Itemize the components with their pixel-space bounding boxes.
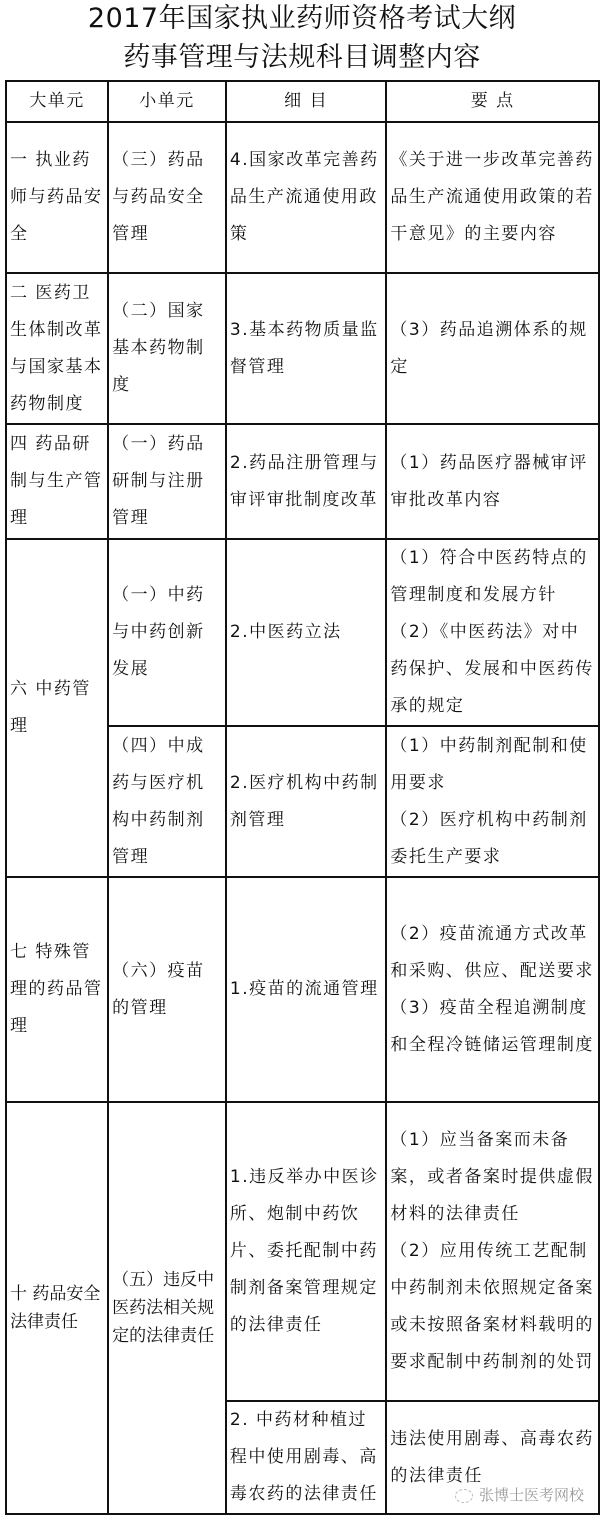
page-title-line1: 2017年国家执业药师资格考试大纲 — [0, 2, 604, 36]
key-point: （3）药品追溯体系的规定 — [390, 312, 595, 386]
key-points-cell: 《关于进一步改革完善药品生产流通使用政策的若干意见》的主要内容 — [386, 122, 599, 273]
minor-unit-cell: （一）药品研制与注册管理 — [108, 424, 226, 539]
watermark-text: 张博士医考网校 — [479, 1486, 584, 1504]
minor-unit-cell: （三）药品与药品安全管理 — [108, 122, 226, 273]
item-cell: 4.国家改革完善药品生产流通使用政策 — [226, 122, 386, 273]
major-unit-cell: 二 医药卫生体制改革与国家基本药物制度 — [6, 273, 108, 424]
syllabus-table: 大单元 小单元 细 目 要 点 一 执业药师与药品安全 （三）药品与药品安全管理… — [5, 80, 600, 1515]
table-row: 一 执业药师与药品安全 （三）药品与药品安全管理 4.国家改革完善药品生产流通使… — [6, 122, 599, 273]
key-point: （1）符合中医药特点的管理制度和发展方针 — [390, 540, 595, 614]
page-title-line2: 药事管理与法规科目调整内容 — [0, 41, 604, 75]
key-point: （1）应当备案而未备案，或者备案时提供虚假材料的法律责任 — [390, 1122, 595, 1233]
item-cell: 2.药品注册管理与审评审批制度改革 — [226, 424, 386, 539]
major-unit-cell: 四 药品研制与生产管理 — [6, 424, 108, 539]
key-points-cell: （3）药品追溯体系的规定 — [386, 273, 599, 424]
header-minor-unit: 小单元 — [108, 81, 226, 122]
key-point: （2）应用传统工艺配制中药制剂未依照规定备案或未按照备案材料载明的要求配制中药制… — [390, 1233, 595, 1381]
key-points-cell: （1）应当备案而未备案，或者备案时提供虚假材料的法律责任 （2）应用传统工艺配制… — [386, 1102, 599, 1401]
table-row: 七 特殊管理的药品管理 （六）疫苗的管理 1.疫苗的流通管理 （2）疫苗流通方式… — [6, 877, 599, 1102]
key-points-cell: （1）药品医疗器械审评审批改革内容 — [386, 424, 599, 539]
minor-unit-cell: （五）违反中医药法相关规定的法律责任 — [108, 1102, 226, 1514]
table-row: 六 中药管理 （一）中药与中药创新发展 2.中医药立法 （1）符合中医药特点的管… — [6, 539, 599, 726]
key-point: （2）疫苗流通方式改革和采购、供应、配送要求 — [390, 916, 595, 990]
key-point: （1）药品医疗器械审评审批改革内容 — [390, 445, 595, 519]
key-point: （3）疫苗全程追溯制度和全程冷链储运管理制度 — [390, 990, 595, 1064]
table-row: 四 药品研制与生产管理 （一）药品研制与注册管理 2.药品注册管理与审评审批制度… — [6, 424, 599, 539]
key-points-cell: （2）疫苗流通方式改革和采购、供应、配送要求 （3）疫苗全程追溯制度和全程冷链储… — [386, 877, 599, 1102]
major-unit-cell: 十 药品安全法律责任 — [6, 1102, 108, 1514]
item-cell: 2.医疗机构中药制剂管理 — [226, 726, 386, 877]
key-points-cell: （1）符合中医药特点的管理制度和发展方针 （2）《中医药法》对中药保护、发展和中… — [386, 539, 599, 726]
key-point: （2）医疗机构中药制剂委托生产要求 — [390, 802, 595, 876]
minor-unit-cell: （一）中药与中药创新发展 — [108, 539, 226, 726]
item-cell: 1.违反举办中医诊所、炮制中药饮片、委托配制中药制剂备案管理规定的法律责任 — [226, 1102, 386, 1401]
major-unit-cell: 一 执业药师与药品安全 — [6, 122, 108, 273]
key-point: （2）《中医药法》对中药保护、发展和中医药传承的规定 — [390, 614, 595, 725]
key-point: 《关于进一步改革完善药品生产流通使用政策的若干意见》的主要内容 — [390, 142, 595, 253]
watermark: 张博士医考网校 — [455, 1484, 584, 1505]
major-unit-cell: 七 特殊管理的药品管理 — [6, 877, 108, 1102]
table-header-row: 大单元 小单元 细 目 要 点 — [6, 81, 599, 122]
table-row: 十 药品安全法律责任 （五）违反中医药法相关规定的法律责任 1.违反举办中医诊所… — [6, 1102, 599, 1401]
item-cell: 1.疫苗的流通管理 — [226, 877, 386, 1102]
item-cell: 2.中医药立法 — [226, 539, 386, 726]
minor-unit-cell: （四）中成药与医疗机构中药制剂管理 — [108, 726, 226, 877]
table-row: 二 医药卫生体制改革与国家基本药物制度 （二）国家基本药物制度 3.基本药物质量… — [6, 273, 599, 424]
minor-unit-cell: （六）疫苗的管理 — [108, 877, 226, 1102]
major-unit-cell: 六 中药管理 — [6, 539, 108, 877]
wechat-icon — [455, 1489, 473, 1503]
header-key-points: 要 点 — [386, 81, 599, 122]
minor-unit-cell: （二）国家基本药物制度 — [108, 273, 226, 424]
item-cell: 3.基本药物质量监督管理 — [226, 273, 386, 424]
header-major-unit: 大单元 — [6, 81, 108, 122]
key-points-cell: （1）中药制剂配制和使用要求 （2）医疗机构中药制剂委托生产要求 — [386, 726, 599, 877]
item-cell: 2. 中药材种植过程中使用剧毒、高毒农药的法律责任 — [226, 1401, 386, 1514]
key-point: （1）中药制剂配制和使用要求 — [390, 728, 595, 802]
header-item: 细 目 — [226, 81, 386, 122]
